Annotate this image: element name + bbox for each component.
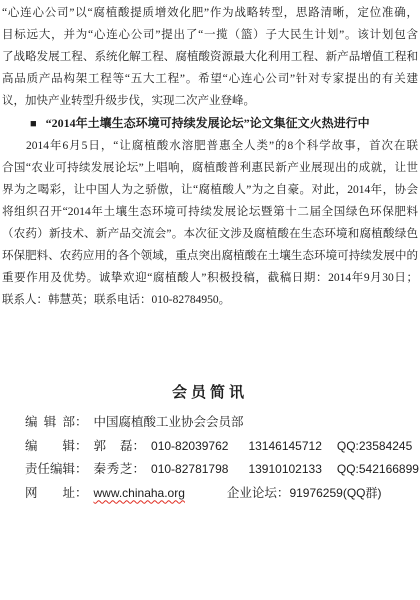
chief-editor-label: 责任编辑 (25, 458, 75, 482)
text-line: 合国“农业可持续发展论坛”上唱响，腐植酸普利惠民新产业展现出的成就，让世 (2, 157, 418, 179)
chief-editor-phone: 010-82781798 (151, 462, 228, 476)
text-line: （农药）新技术、新产品交流会”。本次征文涉及腐植酸在生态环境和腐植酸绿色 (2, 223, 418, 245)
square-bullet-icon: ■ (30, 113, 37, 135)
contact-row-website: 网址：www.chinaha.org企业论坛：91976259(QQ群) (25, 482, 420, 506)
text-line: 2014年6月5日，“让腐植酸水溶肥普惠全人类”的8个科学故事，首次在联 (2, 135, 418, 157)
text-line: 将组织召开“2014年土壤生态环境可持续发展论坛暨第十二届全国绿色环保肥料 (2, 201, 418, 223)
colon-separator: ： (277, 486, 290, 500)
members-brief-title: 会员简讯 (0, 381, 420, 402)
text-line: 目标远大，并为“心连心公司”提出了“一揽（篮）子大民生计划”。该计划包含 (2, 24, 418, 46)
text-line: 高品质产品构架工程等“五大工程”。希望“心连心公司”针对专家提出的有关建 (2, 68, 418, 90)
editor-phone: 010-82039762 (151, 439, 228, 453)
colon-separator: ： (75, 462, 88, 476)
paragraph-forum-announcement: 2014年6月5日，“让腐植酸水溶肥普惠全人类”的8个科学故事，首次在联合国“农… (2, 135, 418, 311)
colon-separator: ： (133, 439, 146, 453)
section-heading-text: “2014年土壤生态环境可持续发展论坛”论文集征文火热进行中 (46, 116, 370, 130)
website-url: www.chinaha.org (94, 486, 185, 500)
text-line: 界为之喝彩，让中国人为之骄傲，让“腐植酸人”为之自豪。对此，2014年，协会 (2, 179, 418, 201)
section-heading: ■“2014年土壤生态环境可持续发展论坛”论文集征文火热进行中 (2, 112, 418, 135)
dept-value: 中国腐植酸工业协会会员部 (94, 415, 244, 429)
newsletter-page: “心连心公司”以“腐植酸提质增效化肥”作为战略转型，思路清晰，定位准确，目标远大… (0, 0, 420, 600)
dept-label: 编辑部 (25, 411, 75, 435)
colon-separator: ： (75, 439, 88, 453)
editor-mobile: 13146145712 (248, 439, 321, 453)
text-line: 联系人：韩慧英；联系电话：010-82784950。 (2, 289, 418, 311)
chief-editor-name: 秦秀芝 (94, 458, 133, 482)
enterprise-forum-qq-group: 91976259(QQ群) (289, 486, 381, 500)
text-line: 重要作用及优势。诚挚欢迎“腐植酸人”积极投稿，截稿日期：2014年9月30日； (2, 267, 418, 289)
members-brief-section: 会员简讯 编辑部：中国腐植酸工业协会会员部 编辑：郭磊：010-82039762… (0, 381, 420, 505)
text-line: 议，加快产业转型升级步伐，实现二次产业登峰。 (2, 90, 418, 112)
text-line: 环保肥料、农药应用的各个领域，重点突出腐植酸在土壤生态环境可持续发展中的 (2, 245, 418, 267)
enterprise-forum-label: 企业论坛 (227, 486, 277, 500)
editor-qq: QQ:23584245 (337, 439, 412, 453)
contact-block: 编辑部：中国腐植酸工业协会会员部 编辑：郭磊：010-8203976213146… (25, 411, 420, 505)
colon-separator: ： (75, 486, 88, 500)
paragraph-continuation: “心连心公司”以“腐植酸提质增效化肥”作为战略转型，思路清晰，定位准确，目标远大… (2, 2, 418, 112)
editor-label: 编辑 (25, 435, 75, 459)
contact-row-chief-editor: 责任编辑：秦秀芝：010-8278179813910102133QQ:54216… (25, 458, 420, 482)
article-body: “心连心公司”以“腐植酸提质增效化肥”作为战略转型，思路清晰，定位准确，目标远大… (2, 2, 418, 311)
contact-row-dept: 编辑部：中国腐植酸工业协会会员部 (25, 411, 420, 435)
website-label: 网址 (25, 482, 75, 506)
editor-name: 郭磊 (94, 435, 133, 459)
colon-separator: ： (75, 415, 88, 429)
text-line: “心连心公司”以“腐植酸提质增效化肥”作为战略转型，思路清晰，定位准确， (2, 2, 418, 24)
chief-editor-qq: QQ:542166899 (337, 462, 419, 476)
contact-row-editor: 编辑：郭磊：010-8203976213146145712QQ:23584245 (25, 435, 420, 459)
colon-separator: ： (133, 462, 146, 476)
text-line: 了战略发展工程、系统化解工程、腐植酸资源最大化利用工程、新产品增值工程和 (2, 46, 418, 68)
chief-editor-mobile: 13910102133 (248, 462, 321, 476)
